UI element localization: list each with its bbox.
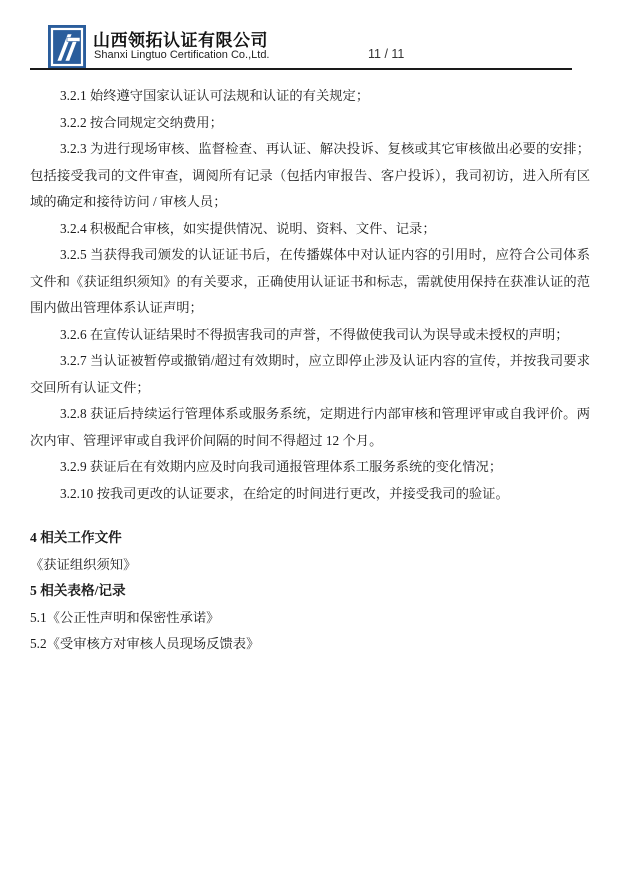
paragraph: 3.2.4 积极配合审核，如实提供情况、说明、资料、文件、记录； — [30, 216, 590, 243]
page-header: 山西领拓认证有限公司 Shanxi Lingtuo Certification … — [0, 0, 632, 70]
paragraph: 3.2.6 在宣传认证结果时不得损害我司的声誉，不得做使我司认为误导或未授权的声… — [30, 322, 590, 349]
paragraph: 《获证组织须知》 — [30, 552, 590, 579]
paragraph: 3.2.7 当认证被暂停或撤销/超过有效期时，应立即停止涉及认证内容的宣传，并按… — [30, 348, 590, 401]
header-divider — [30, 68, 572, 70]
page-number: 11 / 11 — [368, 47, 404, 61]
section-heading: 4 相关工作文件 — [30, 525, 590, 552]
paragraph: 5.1《公正性声明和保密性承诺》 — [30, 605, 590, 632]
company-logo-icon — [48, 25, 86, 69]
paragraph: 3.2.5 当获得我司颁发的认证证书后，在传播媒体中对认证内容的引用时，应符合公… — [30, 242, 590, 322]
paragraph: 5.2《受审核方对审核人员现场反馈表》 — [30, 631, 590, 658]
blank-line — [30, 507, 590, 525]
paragraph: 3.2.2 按合同规定交纳费用； — [30, 110, 590, 137]
paragraph: 3.2.8 获证后持续运行管理体系或服务系统，定期进行内部审核和管理评审或自我评… — [30, 401, 590, 454]
company-name-english: Shanxi Lingtuo Certification Co.,Ltd. — [94, 49, 270, 61]
paragraph: 3.2.10 按我司更改的认证要求，在给定的时间进行更改，并接受我司的验证。 — [30, 481, 590, 508]
paragraph: 3.2.3 为进行现场审核、监督检查、再认证、解决投诉、复核或其它审核做出必要的… — [30, 136, 590, 216]
document-page: 山西领拓认证有限公司 Shanxi Lingtuo Certification … — [0, 0, 632, 895]
document-body: 3.2.1 始终遵守国家认证认可法规和认证的有关规定；3.2.2 按合同规定交纳… — [30, 83, 590, 658]
paragraph: 3.2.1 始终遵守国家认证认可法规和认证的有关规定； — [30, 83, 590, 110]
paragraph: 3.2.9 获证后在有效期内应及时向我司通报管理体系工服务系统的变化情况； — [30, 454, 590, 481]
company-name-chinese: 山西领拓认证有限公司 — [93, 26, 268, 51]
section-heading: 5 相关表格/记录 — [30, 578, 590, 605]
